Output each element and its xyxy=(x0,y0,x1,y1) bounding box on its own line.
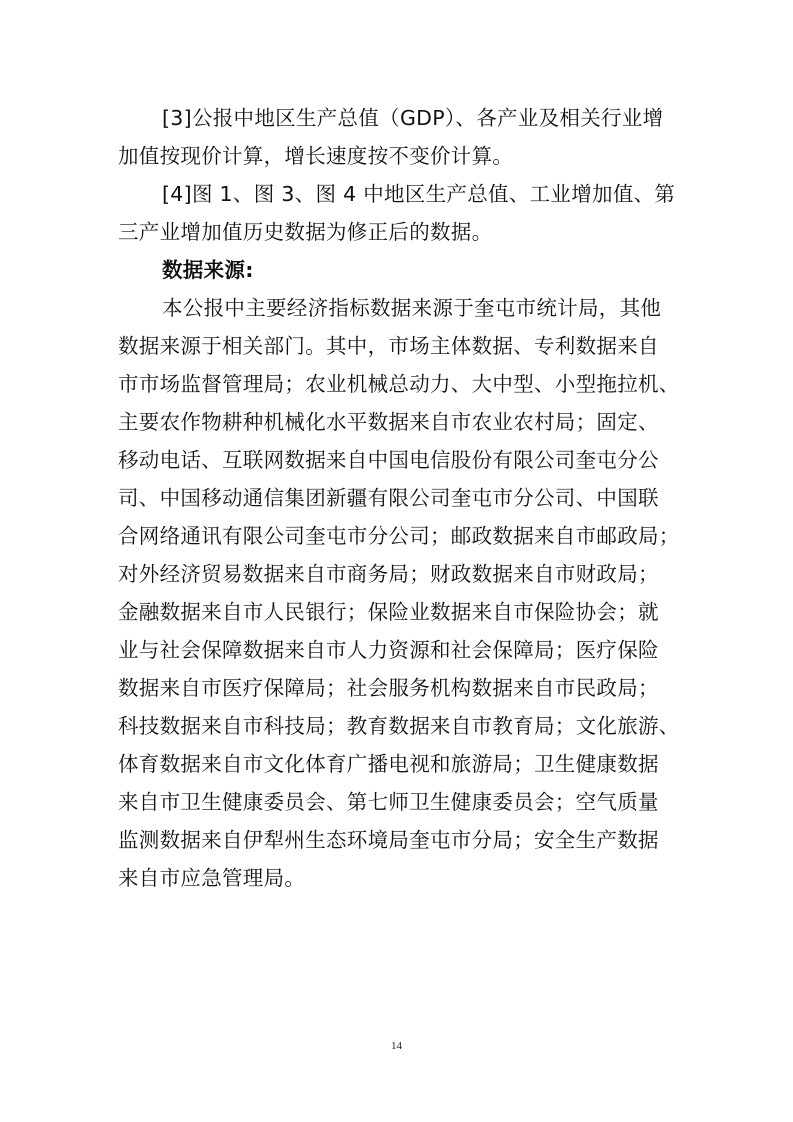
paragraph-line: 主要农作物耕种机械化水平数据来自市农业农村局；固定、 xyxy=(118,404,659,440)
document-page: [3]公报中地区生产总值（GDP）、各产业及相关行业增 加值按现价计算，增长速度… xyxy=(0,0,793,1122)
paragraph-line: 对外经济贸易数据来自市商务局；财政数据来自市财政局； xyxy=(118,556,659,592)
paragraph-line: 司、中国移动通信集团新疆有限公司奎屯市分公司、中国联 xyxy=(118,480,659,516)
note-4-line-2: 三产业增加值历史数据为修正后的数据。 xyxy=(118,214,492,250)
paragraph-line: 监测数据来自伊犁州生态环境局奎屯市分局；安全生产数据 xyxy=(118,822,659,858)
paragraph-line: 金融数据来自市人民银行；保险业数据来自市保险协会；就 xyxy=(118,594,659,630)
paragraph-line: 合网络通讯有限公司奎屯市分公司；邮政数据来自市邮政局； xyxy=(118,518,680,554)
paragraph-line: 数据来自市医疗保障局；社会服务机构数据来自市民政局； xyxy=(118,670,659,706)
note-3-line-1: [3]公报中地区生产总值（GDP）、各产业及相关行业增 xyxy=(162,100,663,136)
paragraph-line: 市市场监督管理局；农业机械总动力、大中型、小型拖拉机、 xyxy=(118,366,680,402)
note-4-line-1: [4]图 1、图 3、图 4 中地区生产总值、工业增加值、第 xyxy=(162,176,675,212)
paragraph-line: 科技数据来自市科技局；教育数据来自市教育局；文化旅游、 xyxy=(118,708,680,744)
section-heading-data-sources: 数据来源: xyxy=(162,252,254,288)
paragraph-line: 业与社会保障数据来自市人力资源和社会保障局；医疗保险 xyxy=(118,632,659,668)
paragraph-line: 本公报中主要经济指标数据来源于奎屯市统计局，其他 xyxy=(162,290,661,326)
paragraph-line: 来自市卫生健康委员会、第七师卫生健康委员会；空气质量 xyxy=(118,784,659,820)
paragraph-line: 来自市应急管理局。 xyxy=(118,860,305,896)
paragraph-line: 体育数据来自市文化体育广播电视和旅游局；卫生健康数据 xyxy=(118,746,659,782)
paragraph-line: 数据来源于相关部门。其中，市场主体数据、专利数据来自 xyxy=(118,328,659,364)
page-number: 14 xyxy=(0,1040,793,1052)
note-3-line-2: 加值按现价计算，增长速度按不变价计算。 xyxy=(118,138,513,174)
paragraph-line: 移动电话、互联网数据来自中国电信股份有限公司奎屯分公 xyxy=(118,442,659,478)
